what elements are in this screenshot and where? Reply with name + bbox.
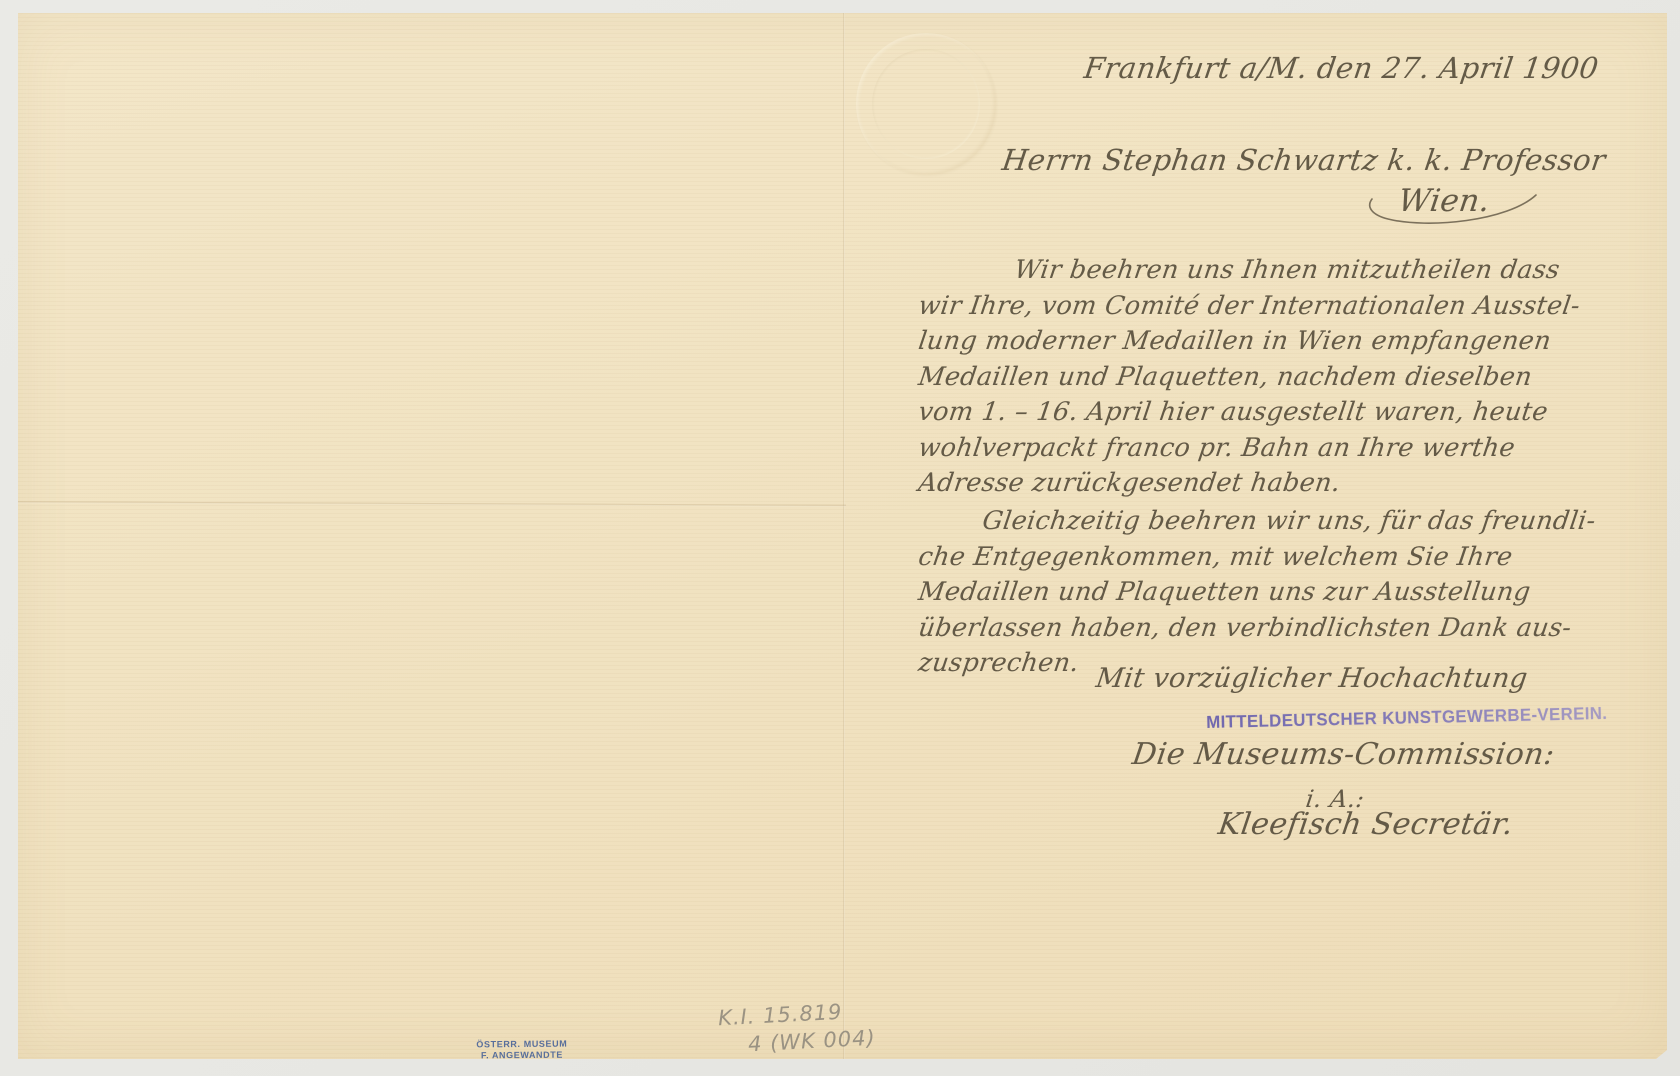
paragraph-1: Wir beehren uns Ihnen mitzutheilen dass … xyxy=(916,253,1576,502)
paragraph-2: Gleichzeitig beehren wir uns, für das fr… xyxy=(916,504,1576,682)
body-line: Medaillen und Plaquetten, nachdem diesel… xyxy=(916,360,1581,396)
pencil-inventory-number-2: 4 (WK 004) xyxy=(747,1026,876,1057)
closing-salutation: Mit vorzüglicher Hochachtung xyxy=(1094,663,1530,694)
signature-name: Kleefisch Secretär. xyxy=(1216,807,1516,842)
body-line: vom 1. – 16. April hier ausgestellt ware… xyxy=(916,395,1581,431)
museum-stamp-line: F. ANGEWANDTE KUNST xyxy=(464,1049,580,1072)
recipient-line: Herrn Stephan Schwartz k. k. Professor xyxy=(1000,143,1608,177)
museum-stamp-line: WIEN xyxy=(464,1071,580,1076)
body-line: che Entgegenkommen, mit welchem Sie Ihre xyxy=(916,540,1581,576)
wien-underline-flourish xyxy=(1358,185,1543,233)
body-line: überlassen haben, den verbindlichsten Da… xyxy=(916,611,1581,647)
body-line: lung moderner Medaillen in Wien empfange… xyxy=(916,324,1581,360)
body-line: Wir beehren uns Ihnen mitzutheilen dass xyxy=(916,253,1581,289)
signature-organisation: Die Museums-Commission: xyxy=(1130,737,1557,772)
embossed-seal xyxy=(856,33,996,175)
pencil-inventory-number: K.I. 15.819 xyxy=(717,1000,843,1030)
scan-background: Frankfurt a/M. den 27. April 1900 Herrn … xyxy=(0,0,1680,1076)
body-line: wohlverpackt franco pr. Bahn an Ihre wer… xyxy=(916,431,1581,467)
kunstgewerbe-verein-stamp: MITTELDEUTSCHER KUNSTGEWERBE-VEREIN. xyxy=(1206,703,1608,733)
dateline: Frankfurt a/M. den 27. April 1900 xyxy=(1082,51,1601,85)
vertical-fold-crease xyxy=(843,13,845,1059)
body-line: Gleichzeitig beehren wir uns, für das fr… xyxy=(916,504,1581,540)
body-line: Medaillen und Plaquetten uns zur Ausstel… xyxy=(916,575,1581,611)
horizontal-fold-crease xyxy=(18,501,846,507)
body-line: wir Ihre, vom Comité der Internationalen… xyxy=(916,289,1581,325)
body-line: Adresse zurückgesendet haben. xyxy=(916,466,1581,502)
letter-paper: Frankfurt a/M. den 27. April 1900 Herrn … xyxy=(18,13,1667,1059)
museum-inventory-stamp: ÖSTERR. MUSEUM F. ANGEWANDTE KUNST WIEN xyxy=(464,1038,580,1076)
